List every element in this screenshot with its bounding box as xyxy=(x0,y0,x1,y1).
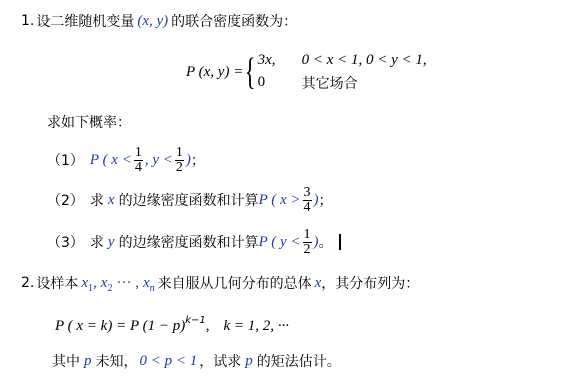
case1-value: 3x, xyxy=(258,52,302,69)
part-2: （2） 求 x 的边缘密度函数和计算 P ( x > 34 ) ； xyxy=(47,182,333,218)
k-range: k = 1, 2, ··· xyxy=(224,318,290,335)
sample-xn: xn xyxy=(143,275,155,292)
part1-end: ； xyxy=(191,150,205,170)
part2-expr-prefix: P ( x > xyxy=(259,192,301,209)
closing-mid: 未知， xyxy=(96,351,138,371)
problem1-intro-prefix: 设二维随机变量 xyxy=(36,11,134,31)
part1-label: （1） xyxy=(47,150,84,170)
part3-label: （3） xyxy=(47,232,84,252)
part3-text-prefix: 求 xyxy=(90,232,104,252)
part2-label: （2） xyxy=(47,190,84,210)
geometric-pmf-formula: P ( x = k) = P (1 − p) k−1 , k = 1, 2, ·… xyxy=(55,314,289,338)
formula-lhs: P (x, y) = xyxy=(186,64,243,81)
sample-x1: x1, xyxy=(81,275,96,292)
problem2-intro-suffix: ，其分布列为： xyxy=(321,273,419,293)
left-brace: { xyxy=(245,53,256,91)
case1-condition: 0 < x < 1, 0 < y < 1, xyxy=(302,52,427,69)
part3-end: 。 xyxy=(319,232,333,252)
fraction-1-2b: 12 xyxy=(303,228,312,257)
part-3: （3） 求 y 的边缘密度函数和计算 P ( y < 12 ) 。 xyxy=(47,224,341,260)
part2-end: ； xyxy=(319,190,333,210)
joint-density-formula: P (x, y) = { 3x, 0 < x < 1, 0 < y < 1, 0… xyxy=(186,50,427,94)
fraction-3-4: 34 xyxy=(303,186,312,215)
closing-mid2: ，试求 xyxy=(199,351,241,371)
part2-text-prefix: 求 xyxy=(90,190,104,210)
closing-suffix: 的矩法估计。 xyxy=(257,351,341,371)
part3-expr-prefix: P ( y < xyxy=(259,234,301,251)
problem2-number: 2. xyxy=(21,275,34,291)
closing-condition: 0 < p < 1 xyxy=(140,353,198,370)
problem1-intro-suffix: 的联合密度函数为： xyxy=(171,11,297,31)
part2-var: x xyxy=(108,192,115,209)
fraction-1-4: 14 xyxy=(134,146,143,175)
part-1: （1） P ( x < 14 , y < 12 ) ； xyxy=(47,142,205,178)
fraction-1-2: 12 xyxy=(175,146,184,175)
closing-var2: p xyxy=(245,353,253,370)
problem2-intro-prefix: 设样本 xyxy=(36,273,78,293)
sample-ellipsis: ··· , xyxy=(116,275,139,292)
case2-value: 0 xyxy=(258,74,302,91)
pmf-exponent: k−1 xyxy=(185,315,206,326)
problem1-ask: 求如下概率： xyxy=(47,112,131,132)
part1-expr-prefix: P ( x < xyxy=(90,152,132,169)
pmf-lhs: P ( x = k) = P (1 − p) xyxy=(55,318,185,335)
closing-prefix: 其中 xyxy=(52,351,80,371)
part3-var: y xyxy=(108,234,115,251)
problem2-intro-mid: 来自服从几何分布的总体 xyxy=(158,273,312,293)
problem1-number: 1. xyxy=(21,13,34,29)
case2-condition: 其它场合 xyxy=(302,73,358,93)
sample-x2: x2 xyxy=(101,275,113,292)
part1-expr-mid: , y < xyxy=(145,152,173,169)
problem1-intro: 1. 设二维随机变量 (x, y) 的联合密度函数为： xyxy=(21,10,297,32)
formula-cases: 3x, 0 < x < 1, 0 < y < 1, 0 其它场合 xyxy=(258,52,427,93)
text-cursor xyxy=(339,234,341,250)
part3-text-mid: 的边缘密度函数和计算 xyxy=(119,232,259,252)
problem2-closing: 其中 p 未知， 0 < p < 1 ，试求 p 的矩法估计。 xyxy=(52,350,341,372)
part2-text-mid: 的边缘密度函数和计算 xyxy=(119,190,259,210)
closing-var: p xyxy=(84,353,92,370)
ask-text: 求如下概率： xyxy=(47,112,131,132)
problem2-intro: 2. 设样本 x1, x2 ··· , xn 来自服从几何分布的总体 x ，其分… xyxy=(21,272,419,294)
problem1-var: (x, y) xyxy=(137,13,168,30)
population-var: x xyxy=(315,275,322,292)
pmf-comma: , xyxy=(206,318,210,335)
